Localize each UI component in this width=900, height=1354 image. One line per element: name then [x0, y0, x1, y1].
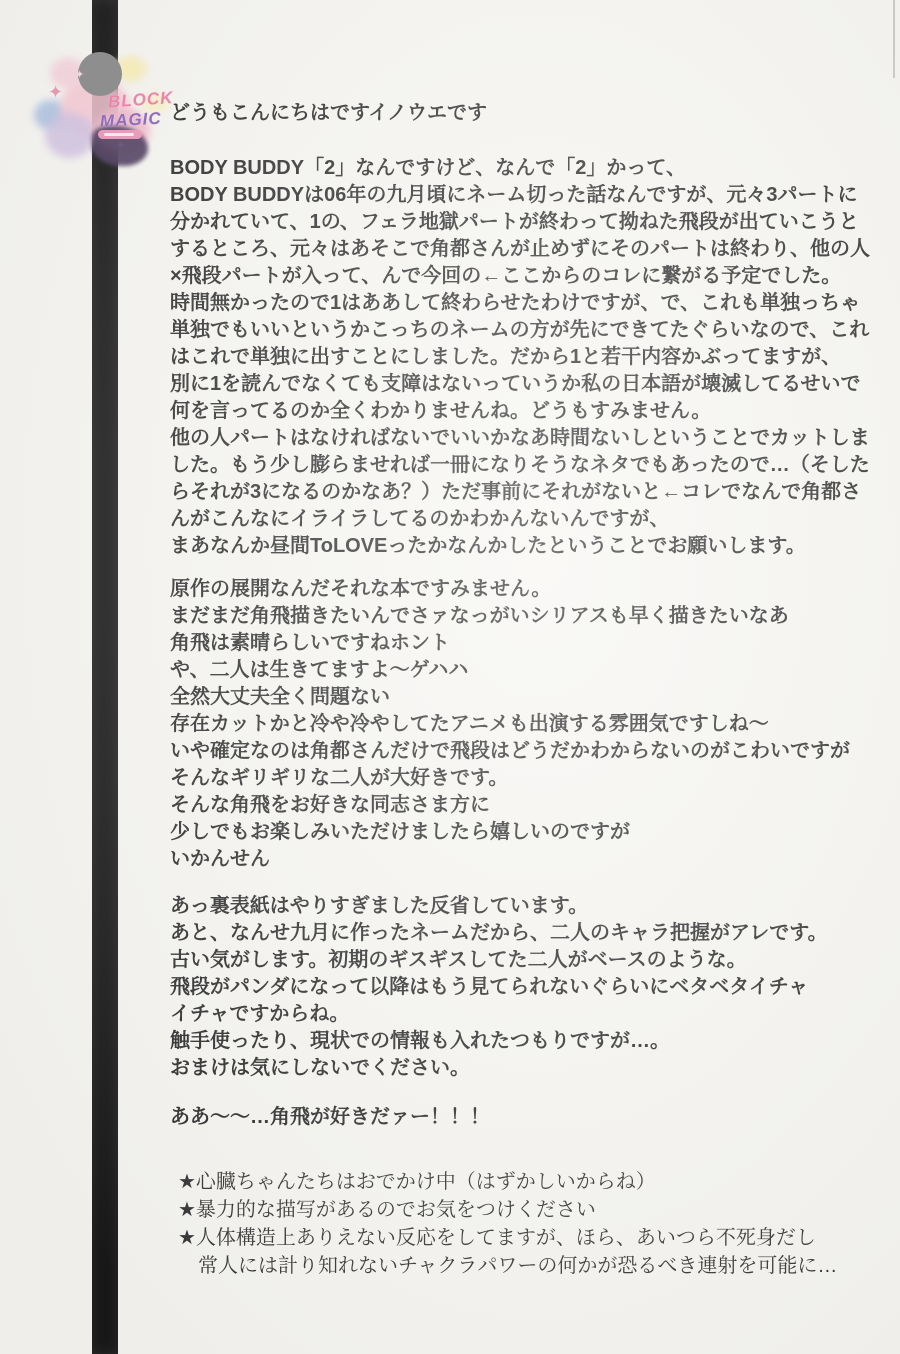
- text-line: まあなんか昼間ToLOVEったかなんかしたということでお願いします。: [170, 533, 870, 560]
- text-line: 単独でもいいというかこっちのネームの方が先にできてたぐらいなので、これ: [170, 317, 870, 344]
- text-line: 少しでもお楽しみいただけましたら嬉しいのですが: [170, 819, 850, 846]
- text-line: 常人には計り知れないチャクラパワーの何かが恐るべき連射を可能に…: [178, 1252, 837, 1280]
- logo-banner-ribbon: [98, 130, 142, 139]
- text-line: はこれで単独に出すことにしました。だから1と若干内容かぶってますが、: [170, 344, 870, 371]
- block-magic-logo: ✦ ✦ ✦ BLOCK MAGIC: [20, 38, 180, 168]
- logo-moon-circle: [78, 52, 122, 96]
- sparkle-star-icon: ✦: [75, 68, 84, 81]
- text-line: や、二人は生きてますよ～ゲハハ: [170, 657, 850, 684]
- logo-decoration-blob: [45, 113, 95, 158]
- afterword-text: どうもこんにちはですイノウエですBODY BUDDY「2」なんですけど、なんで「…: [170, 0, 880, 1354]
- text-line: BODY BUDDYは06年の九月頃にネーム切った話なんですが、元々3パートに: [170, 182, 870, 209]
- text-line: 角飛は素晴らしいですねホント: [170, 630, 850, 657]
- text-line: ★人体構造上ありえない反応をしてますが、ほら、あいつら不死身だし: [178, 1224, 837, 1252]
- text-line: 別に1を読んでなくても支障はないっていうか私の日本語が壊滅してるせいで: [170, 371, 870, 398]
- text-line: そんなギリギリな二人が大好きです。: [170, 765, 850, 792]
- text-line: いかんせん: [170, 846, 850, 873]
- text-line: 古い気がします。初期のギスギスしてた二人がベースのような。: [170, 947, 828, 974]
- text-line: するところ、元々はあそこで角都さんが止めずにそのパートは終わり、他の人: [170, 236, 870, 263]
- text-line: 飛段がパンダになって以降はもう見てられないぐらいにベタベタイチャ: [170, 974, 828, 1001]
- sparkle-star-icon: ✦: [116, 138, 126, 152]
- text-line: ★心臓ちゃんたちはおでかけ中（はずかしいからね）: [178, 1168, 837, 1196]
- paragraph-main-3: あっ裏表紙はやりすぎました反省しています。あと、なんせ九月に作ったネームだから、…: [170, 893, 828, 1082]
- text-line: した。もう少し膨らませれば一冊になりそうなネタでもあったので…（そした: [170, 452, 870, 479]
- text-line: あと、なんせ九月に作ったネームだから、二人のキャラ把握がアレです。: [170, 920, 828, 947]
- text-line: 時間無かったので1はああして終わらせたわけですが、で、これも単独っちゃ: [170, 290, 870, 317]
- text-line: 他の人パートはなければないでいいかなあ時間ないしということでカットしま: [170, 425, 870, 452]
- paragraph-exclamation: ああ～～…角飛が好きだァー！！！: [170, 1104, 490, 1131]
- scanned-afterword-page: ✦ ✦ ✦ BLOCK MAGIC どうもこんにちはですイノウエですBODY B…: [0, 0, 900, 1354]
- text-line: BODY BUDDY「2」なんですけど、なんで「2」かって、: [170, 155, 870, 182]
- page-edge-line: [893, 0, 895, 78]
- text-line: まだまだ角飛描きたいんでさァなっがいシリアスも早く描きたいなあ: [170, 603, 850, 630]
- text-line: んがこんなにイライラしてるのかわかんないんですが、: [170, 506, 870, 533]
- paragraph-notes: ★心臓ちゃんたちはおでかけ中（はずかしいからね）★暴力的な描写があるのでお気をつ…: [178, 1168, 837, 1280]
- text-line: そんな角飛をお好きな同志さま方に: [170, 792, 850, 819]
- text-line: いや確定なのは角都さんだけで飛段はどうだかわからないのがこわいですが: [170, 738, 850, 765]
- text-line: らそれが3になるのかなあ？）ただ事前にそれがないと←コレでなんで角都さ: [170, 479, 870, 506]
- text-line: あっ裏表紙はやりすぎました反省しています。: [170, 893, 828, 920]
- text-line: どうもこんにちはですイノウエです: [170, 100, 487, 127]
- text-line: 分かれていて、1の、フェラ地獄パートが終わって拗ねた飛段が出ていこうと: [170, 209, 870, 236]
- text-line: 存在カットかと冷や冷やしてたアニメも出演する雰囲気ですしね～: [170, 711, 850, 738]
- logo-word-magic: MAGIC: [100, 108, 173, 132]
- text-line: ああ～～…角飛が好きだァー！！！: [170, 1104, 490, 1131]
- text-line: おまけは気にしないでください。: [170, 1055, 828, 1082]
- text-line: 全然大丈夫全く問題ない: [170, 684, 850, 711]
- text-line: 何を言ってるのか全くわかりませんね。どうもすみません。: [170, 398, 870, 425]
- text-line: イチャですからね。: [170, 1001, 828, 1028]
- spine-black-bar: [92, 0, 118, 1354]
- paragraph-main-2: 原作の展開なんだそれな本ですみません。まだまだ角飛描きたいんでさァなっがいシリア…: [170, 576, 850, 873]
- text-line: ★暴力的な描写があるのでお気をつけください: [178, 1196, 837, 1224]
- paragraph-greeting: どうもこんにちはですイノウエです: [170, 100, 487, 127]
- text-line: ×飛段パートが入って、んで今回の←ここからのコレに繋がる予定でした。: [170, 263, 870, 290]
- text-line: 触手使ったり、現状での情報も入れたつもりですが…。: [170, 1028, 828, 1055]
- paragraph-main-1: BODY BUDDY「2」なんですけど、なんで「2」かって、BODY BUDDY…: [170, 155, 870, 560]
- sparkle-star-icon: ✦: [48, 82, 63, 103]
- text-line: 原作の展開なんだそれな本ですみません。: [170, 576, 850, 603]
